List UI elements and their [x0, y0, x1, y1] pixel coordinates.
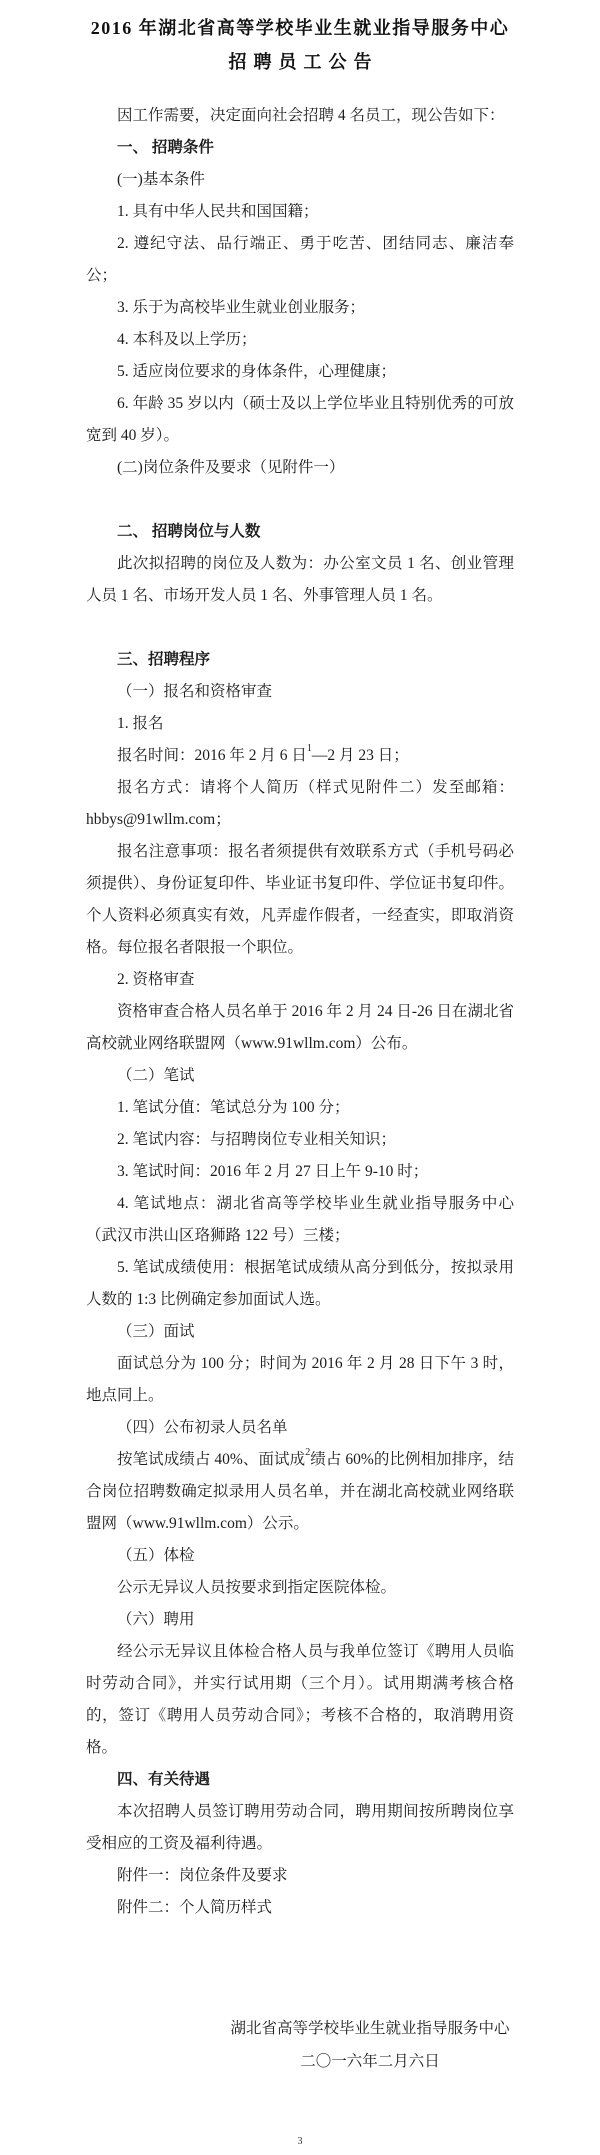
document-title: 2016 年湖北省高等学校毕业生就业指导服务中心 招聘员工公告	[0, 0, 600, 79]
paragraph: 5. 笔试成绩使用：根据笔试成绩从高分到低分，按拟录用人数的 1:3 比例确定参…	[86, 1252, 514, 1316]
paragraph-spacer	[86, 484, 514, 516]
paragraph: （五）体检	[86, 1540, 514, 1572]
paragraph-spacer	[86, 612, 514, 644]
paragraph: 公示无异议人员按要求到指定医院体检。	[86, 1572, 514, 1604]
signature-org: 湖北省高等学校毕业生就业指导服务中心	[224, 2012, 516, 2045]
paragraph: 2. 遵纪守法、品行端正、勇于吃苦、团结同志、廉洁奉公；	[86, 228, 514, 292]
footnote-marker: 1	[307, 743, 312, 754]
title-line-1: 2016 年湖北省高等学校毕业生就业指导服务中心	[0, 11, 600, 45]
footnote-marker: 2	[305, 1447, 310, 1458]
paragraph: 1. 报名	[86, 708, 514, 740]
paragraph: 6. 年龄 35 岁以内（硕士及以上学位毕业且特别优秀的可放宽到 40 岁）。	[86, 388, 514, 452]
paragraph: 1. 具有中华人民共和国国籍；	[86, 196, 514, 228]
paragraph: 此次拟招聘的岗位及人数为：办公室文员 1 名、创业管理人员 1 名、市场开发人员…	[86, 548, 514, 612]
paragraph: (二)岗位条件及要求（见附件一）	[86, 452, 514, 484]
paragraph: （一）报名和资格审查	[86, 676, 514, 708]
paragraph: 报名方式：请将个人简历（样式见附件二）发至邮箱：hbbys@91wllm.com…	[86, 772, 514, 836]
section-heading: 二、 招聘岗位与人数	[86, 516, 514, 548]
paragraph: 2. 笔试内容：与招聘岗位专业相关知识；	[86, 1124, 514, 1156]
paragraph: 5. 适应岗位要求的身体条件，心理健康；	[86, 356, 514, 388]
paragraph: 2. 资格审查	[86, 964, 514, 996]
section-heading: 三、招聘程序	[86, 644, 514, 676]
document-page: 2016 年湖北省高等学校毕业生就业指导服务中心 招聘员工公告 因工作需要，决定…	[0, 0, 600, 2155]
paragraph: 4. 笔试地点：湖北省高等学校毕业生就业指导服务中心（武汉市洪山区珞狮路 122…	[86, 1188, 514, 1252]
paragraph: 报名时间：2016 年 2 月 6 日1—2 月 23 日；	[86, 740, 514, 772]
paragraph: 附件一：岗位条件及要求	[86, 1860, 514, 1892]
paragraph: (一)基本条件	[86, 164, 514, 196]
paragraph: 3. 乐于为高校毕业生就业创业服务；	[86, 292, 514, 324]
paragraph: （四）公布初录人员名单	[86, 1412, 514, 1444]
paragraph: 3. 笔试时间：2016 年 2 月 27 日上午 9-10 时；	[86, 1156, 514, 1188]
paragraph: 4. 本科及以上学历；	[86, 324, 514, 356]
paragraph: 经公示无异议且体检合格人员与我单位签订《聘用人员临时劳动合同》，并实行试用期（三…	[86, 1636, 514, 1764]
paragraph: （六）聘用	[86, 1604, 514, 1636]
paragraph: 面试总分为 100 分；时间为 2016 年 2 月 28 日下午 3 时，地点…	[86, 1348, 514, 1412]
paragraph: 1. 笔试分值：笔试总分为 100 分；	[86, 1092, 514, 1124]
paragraph: （二）笔试	[86, 1060, 514, 1092]
signature-block: 湖北省高等学校毕业生就业指导服务中心 二〇一六年二月六日	[224, 2012, 516, 2078]
signature-date: 二〇一六年二月六日	[224, 2045, 516, 2078]
section-heading: 四、有关待遇	[86, 1764, 514, 1796]
paragraph: 按笔试成绩占 40%、面试成2绩占 60%的比例相加排序，结合岗位招聘数确定拟录…	[86, 1444, 514, 1540]
page-number: 3	[0, 2136, 600, 2147]
paragraph: 报名注意事项：报名者须提供有效联系方式（手机号码必须提供）、身份证复印件、毕业证…	[86, 836, 514, 964]
title-line-2: 招聘员工公告	[0, 45, 600, 79]
document-body: 因工作需要，决定面向社会招聘 4 名员工，现公告如下：一、 招聘条件(一)基本条…	[0, 100, 600, 1924]
paragraph: 附件二：个人简历样式	[86, 1892, 514, 1924]
paragraph: 因工作需要，决定面向社会招聘 4 名员工，现公告如下：	[86, 100, 514, 132]
section-heading: 一、 招聘条件	[86, 132, 514, 164]
paragraph: 本次招聘人员签订聘用劳动合同，聘用期间按所聘岗位享受相应的工资及福利待遇。	[86, 1796, 514, 1860]
paragraph: 资格审查合格人员名单于 2016 年 2 月 24 日-26 日在湖北省高校就业…	[86, 996, 514, 1060]
paragraph: （三）面试	[86, 1316, 514, 1348]
